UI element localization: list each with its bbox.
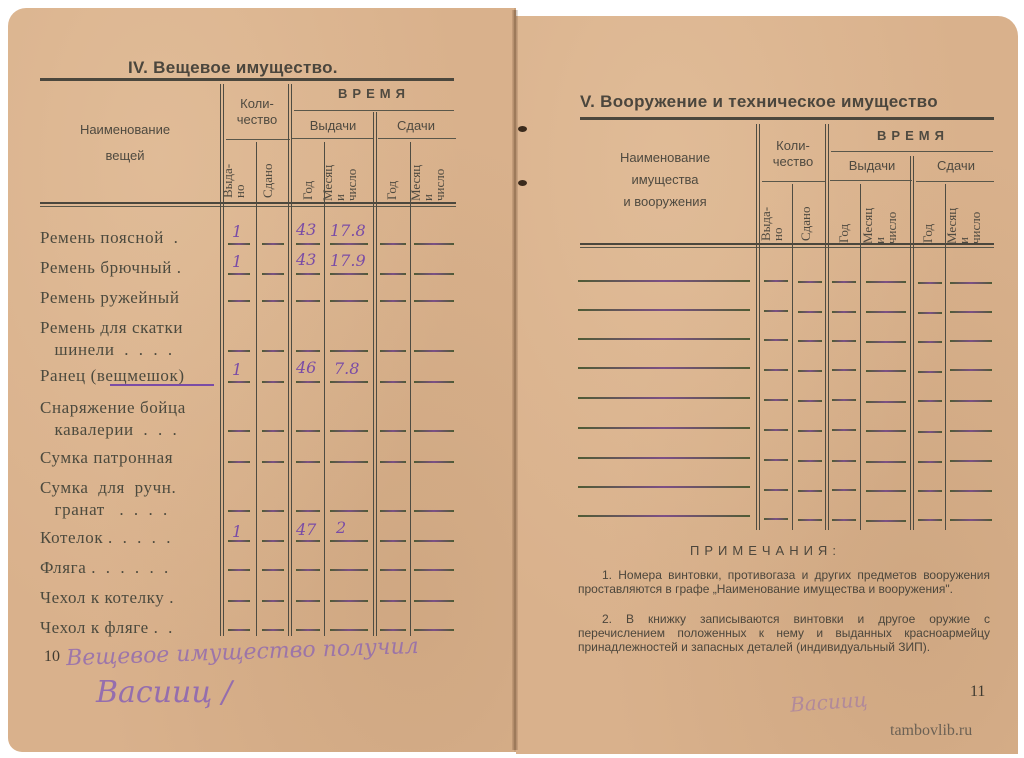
column-line — [373, 112, 374, 636]
column-line — [256, 142, 257, 636]
column-line — [825, 124, 826, 530]
item-name: Чехол к фляге . . — [40, 617, 173, 639]
header-divider — [830, 180, 912, 181]
header-bottom-rule — [580, 247, 994, 248]
item-name: Котелок . . . . . — [40, 527, 171, 549]
item-name: Ремень поясной . — [40, 227, 178, 249]
header-return-monthday: Месяц и число — [946, 186, 982, 244]
header-divider — [226, 139, 290, 140]
header-issued: Выда- но — [760, 186, 784, 241]
item-name: Ремень ружейный — [40, 287, 180, 309]
note-1: 1. Номера винтовки, противогаза и других… — [578, 568, 990, 596]
watermark: tambovlib.ru — [890, 722, 972, 740]
column-line — [913, 156, 914, 530]
cell-issue-year: 43 — [296, 250, 316, 269]
item-name: Ремень для скатки шинели . . . . — [40, 317, 183, 361]
header-time: ВРЕМЯ — [292, 86, 456, 102]
header-quantity: Коли- чество — [760, 138, 826, 170]
header-name-line: и вооружения — [590, 194, 740, 210]
header-bottom-rule — [40, 202, 456, 204]
header-return-time: Сдачи — [916, 158, 996, 174]
item-name: Снаряжение бойца кавалерии . . . — [40, 397, 186, 441]
item-name: Сумка для ручн. гранат . . . . — [40, 477, 176, 521]
header-returned: Сдано — [800, 186, 812, 241]
column-line — [220, 84, 221, 636]
column-line — [291, 84, 292, 636]
header-return-monthday: Месяц и число — [410, 143, 446, 201]
header-issue-time: Выдачи — [292, 118, 374, 134]
header-name: Наименование имущества и вооружения — [590, 150, 740, 210]
header-issue-monthday: Месяц и число — [862, 186, 898, 244]
item-name: Фляга . . . . . . — [40, 557, 169, 579]
header-issue-monthday: Месяц и число — [322, 143, 358, 201]
column-line — [910, 156, 911, 530]
column-line — [376, 112, 377, 636]
item-name: Чехол к котелку . — [40, 587, 174, 609]
cell-issue-year: 46 — [296, 358, 316, 377]
column-line — [945, 184, 946, 530]
header-divider — [916, 181, 994, 182]
header-divider — [294, 110, 454, 111]
header-divider — [831, 151, 993, 152]
notes-title: ПРИМЕЧАНИЯ: — [690, 543, 841, 558]
cell-issued: 1 — [232, 522, 242, 541]
header-name-line: Наименование — [50, 122, 200, 138]
item-name: Ремень брючный . — [40, 257, 182, 279]
header-divider — [292, 138, 374, 139]
page-number-right: 11 — [970, 683, 985, 701]
header-bottom-rule — [580, 243, 994, 245]
staple-hole — [518, 126, 527, 132]
header-issue-year: Год — [302, 165, 314, 200]
column-line — [288, 84, 289, 636]
column-line — [860, 184, 861, 530]
header-divider — [762, 181, 826, 182]
cell-issued: 1 — [232, 360, 242, 379]
section-title-clothing: IV. Вещевое имущество. — [128, 58, 338, 78]
cell-issue-year: 47 — [296, 520, 316, 539]
header-quantity: Коли- чество — [224, 96, 290, 128]
cell-issue-year: 43 — [296, 220, 316, 239]
header-bottom-rule — [40, 206, 456, 207]
header-name-line: Наименование — [590, 150, 740, 166]
title-rule — [580, 117, 994, 120]
header-return-year: Год — [922, 208, 934, 243]
column-line — [759, 124, 760, 530]
column-line — [756, 124, 757, 530]
item-name: Сумка патронная — [40, 447, 173, 469]
header-name-line: вещей — [50, 148, 200, 164]
header-returned: Сдано — [262, 143, 274, 198]
header-name: Наименование вещей — [50, 122, 200, 164]
column-line — [410, 142, 411, 636]
page-number-left: 10 — [44, 648, 60, 666]
title-rule — [40, 78, 454, 81]
cell-issue-date: 7.8 — [334, 359, 359, 378]
signature: Васииц / — [96, 675, 232, 710]
column-line — [223, 84, 224, 636]
book-spine — [512, 10, 518, 750]
header-return-year: Год — [386, 165, 398, 200]
header-issued: Выда- но — [222, 143, 246, 198]
header-return-time: Сдачи — [376, 118, 456, 134]
handwritten-underline — [110, 384, 214, 386]
staple-hole — [518, 180, 527, 186]
header-name-line: имущества — [590, 172, 740, 188]
cell-issue-date: 17.8 — [330, 221, 366, 240]
column-line — [828, 124, 829, 530]
cell-issue-date: 2 — [336, 518, 346, 537]
cell-issued: 1 — [232, 222, 242, 241]
header-divider — [378, 138, 456, 139]
header-issue-time: Выдачи — [830, 158, 914, 174]
header-issue-year: Год — [838, 208, 850, 243]
column-line — [324, 142, 325, 636]
cell-issued: 1 — [232, 252, 242, 271]
section-title-weapons: V. Вооружение и техническое имущество — [580, 92, 938, 112]
header-time: ВРЕМЯ — [830, 128, 996, 144]
note-2: 2. В книжку записываются винтовки и друг… — [578, 612, 990, 654]
cell-issue-date: 17.9 — [330, 251, 366, 270]
column-line — [792, 184, 793, 530]
